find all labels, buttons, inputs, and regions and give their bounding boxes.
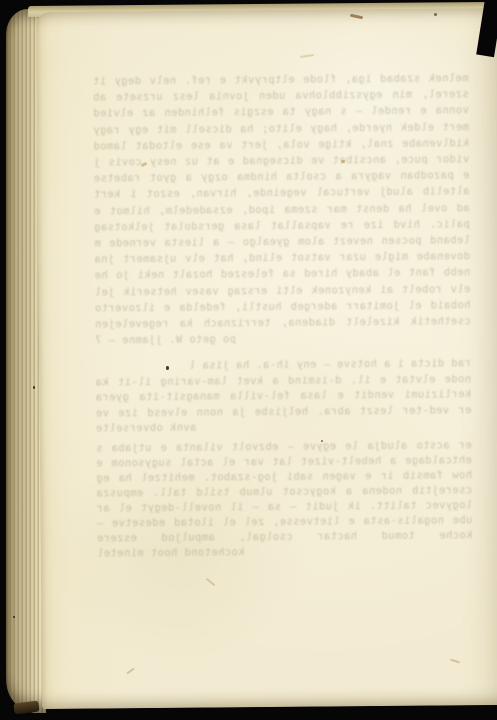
paper-speck (434, 13, 437, 16)
blank-page: melnek szabad iga, flode eltpryvkt e ref… (36, 8, 497, 709)
paper-speck (321, 440, 323, 442)
paper-speck (13, 616, 15, 618)
bleedthrough-line: kochetond hoot minetel (97, 543, 473, 561)
bleedthrough-line: po geto W. jjamne — 7 (95, 329, 471, 348)
paper-fleck (341, 160, 345, 163)
paper-speck (166, 366, 169, 370)
paper-speck (33, 386, 35, 389)
bleedthrough-paragraph-1: melnek szabad iga, flode eltpryvkt e ref… (93, 70, 471, 349)
bleedthrough-line: avnk obverselte (96, 419, 472, 438)
scan-background: melnek szabad iga, flode eltpryvkt e ref… (0, 0, 497, 720)
bleedthrough-paragraph-3: er acsto aludja le egyve — ebzvolt vilan… (96, 438, 473, 561)
bleedthrough-paragraph-2: rad dicta i a hotsve — eny ih-a. ha jisa… (95, 356, 472, 437)
